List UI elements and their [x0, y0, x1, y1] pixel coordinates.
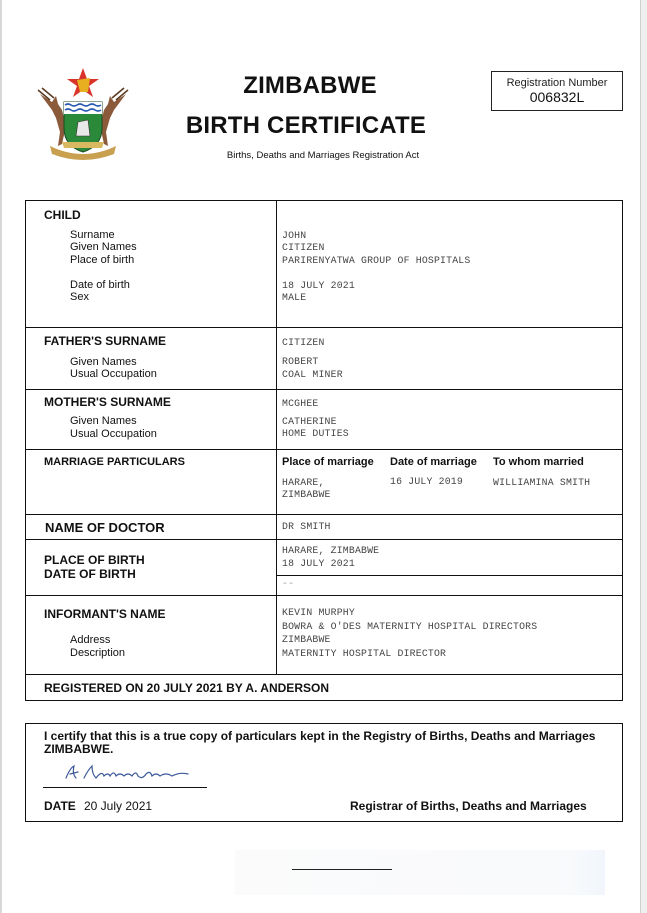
birth-extra-value: -- [282, 578, 294, 591]
registration-number-box: Registration Number 006832L [491, 71, 623, 111]
mother-occupation-value: HOME DUTIES [282, 428, 349, 441]
signature-icon [62, 762, 212, 784]
child-surname-value: JOHN [282, 230, 306, 243]
column-divider [276, 540, 277, 596]
registration-number-value: 006832L [492, 89, 622, 105]
date-of-marriage-value: 16 JULY 2019 [390, 476, 463, 489]
informant-heading: INFORMANT'S NAME [44, 607, 166, 621]
child-place-of-birth-value: PARIRENYATWA GROUP OF HOSPITALS [282, 255, 470, 268]
place-of-marriage-header: Place of marriage [282, 456, 374, 468]
faint-watermark [235, 850, 605, 895]
informant-name-value: KEVIN MURPHY [282, 607, 355, 620]
to-whom-married-header: To whom married [493, 456, 584, 468]
mother-surname-heading: MOTHER'S SURNAME [44, 395, 171, 409]
child-given-names-value: CITIZEN [282, 242, 325, 255]
certification-date-label: DATE [44, 799, 76, 813]
sex-label: Sex [70, 291, 89, 304]
spouse-value: WILLIAMINA SMITH [493, 477, 590, 490]
doctor-heading: NAME OF DOCTOR [45, 520, 165, 535]
signature-line [43, 787, 207, 788]
registration-number-label: Registration Number [492, 77, 622, 89]
father-occupation-value: COAL MINER [282, 369, 343, 382]
birth-place-value: HARARE, ZIMBABWE [282, 545, 379, 558]
given-names-label: Given Names [70, 241, 137, 254]
father-surname-value: CITIZEN [282, 337, 325, 350]
column-divider [276, 328, 277, 390]
column-divider [276, 515, 277, 540]
particulars-table: CHILD Surname Given Names Place of birth… [25, 200, 623, 701]
date-of-marriage-header: Date of marriage [390, 456, 477, 468]
column-divider [276, 450, 277, 515]
informant-address-label: Address [70, 634, 110, 647]
child-date-of-birth-value: 18 JULY 2021 [282, 280, 355, 293]
page-scrollbar[interactable] [640, 0, 647, 913]
page-edge-left [0, 0, 2, 913]
surname-label: Surname [70, 229, 115, 242]
registrar-title: Registrar of Births, Deaths and Marriage… [350, 799, 587, 813]
mother-given-names-label: Given Names [70, 415, 137, 428]
place-date-of-birth-section: PLACE OF BIRTH DATE OF BIRTH HARARE, ZIM… [26, 540, 622, 596]
registered-section: REGISTERED ON 20 JULY 2021 BY A. ANDERSO… [26, 675, 622, 700]
father-given-names-label: Given Names [70, 356, 137, 369]
marriage-particulars-heading: MARRIAGE PARTICULARS [44, 456, 185, 468]
doctor-section: NAME OF DOCTOR DR SMITH [26, 515, 622, 540]
document-title: BIRTH CERTIFICATE [150, 112, 462, 140]
date-of-birth-heading: DATE OF BIRTH [44, 567, 136, 581]
mother-surname-value: MCGHEE [282, 398, 318, 411]
mother-occupation-label: Usual Occupation [70, 428, 157, 441]
marriage-section: MARRIAGE PARTICULARS Place of marriage D… [26, 450, 622, 515]
certification-box: I certify that this is a true copy of pa… [25, 723, 623, 822]
place-of-birth-label: Place of birth [70, 254, 134, 267]
father-occupation-label: Usual Occupation [70, 368, 157, 381]
informant-address-line2: ZIMBABWE [282, 634, 331, 647]
registered-statement: REGISTERED ON 20 JULY 2021 BY A. ANDERSO… [44, 681, 329, 695]
child-sex-value: MALE [282, 292, 306, 305]
father-given-names-value: ROBERT [282, 356, 318, 369]
certification-date-value: 20 July 2021 [84, 799, 152, 813]
inner-divider [277, 575, 622, 576]
faint-line [292, 869, 392, 870]
informant-description-label: Description [70, 647, 125, 660]
act-subtitle: Births, Deaths and Marriages Registratio… [150, 150, 496, 161]
column-divider [276, 201, 277, 328]
country-title: ZIMBABWE [150, 72, 470, 100]
place-of-birth-heading: PLACE OF BIRTH [44, 553, 145, 567]
date-of-birth-label: Date of birth [70, 279, 130, 292]
certification-statement: I certify that this is a true copy of pa… [44, 730, 614, 756]
coat-of-arms-icon [32, 66, 134, 162]
doctor-name-value: DR SMITH [282, 521, 331, 534]
child-heading: CHILD [44, 208, 81, 222]
birth-date-value: 18 JULY 2021 [282, 558, 355, 571]
place-of-marriage-line1: HARARE, [282, 477, 325, 490]
place-of-marriage-line2: ZIMBABWE [282, 489, 331, 502]
child-section: CHILD Surname Given Names Place of birth… [26, 201, 622, 328]
father-section: FATHER'S SURNAME Given Names Usual Occup… [26, 328, 622, 390]
mother-given-names-value: CATHERINE [282, 416, 337, 429]
informant-description-value: MATERNITY HOSPITAL DIRECTOR [282, 648, 446, 661]
father-surname-heading: FATHER'S SURNAME [44, 334, 166, 348]
informant-section: INFORMANT'S NAME Address Description KEV… [26, 596, 622, 675]
informant-address-line1: BOWRA & O'DES MATERNITY HOSPITAL DIRECTO… [282, 621, 537, 634]
column-divider [276, 596, 277, 675]
mother-section: MOTHER'S SURNAME Given Names Usual Occup… [26, 390, 622, 450]
column-divider [276, 390, 277, 450]
